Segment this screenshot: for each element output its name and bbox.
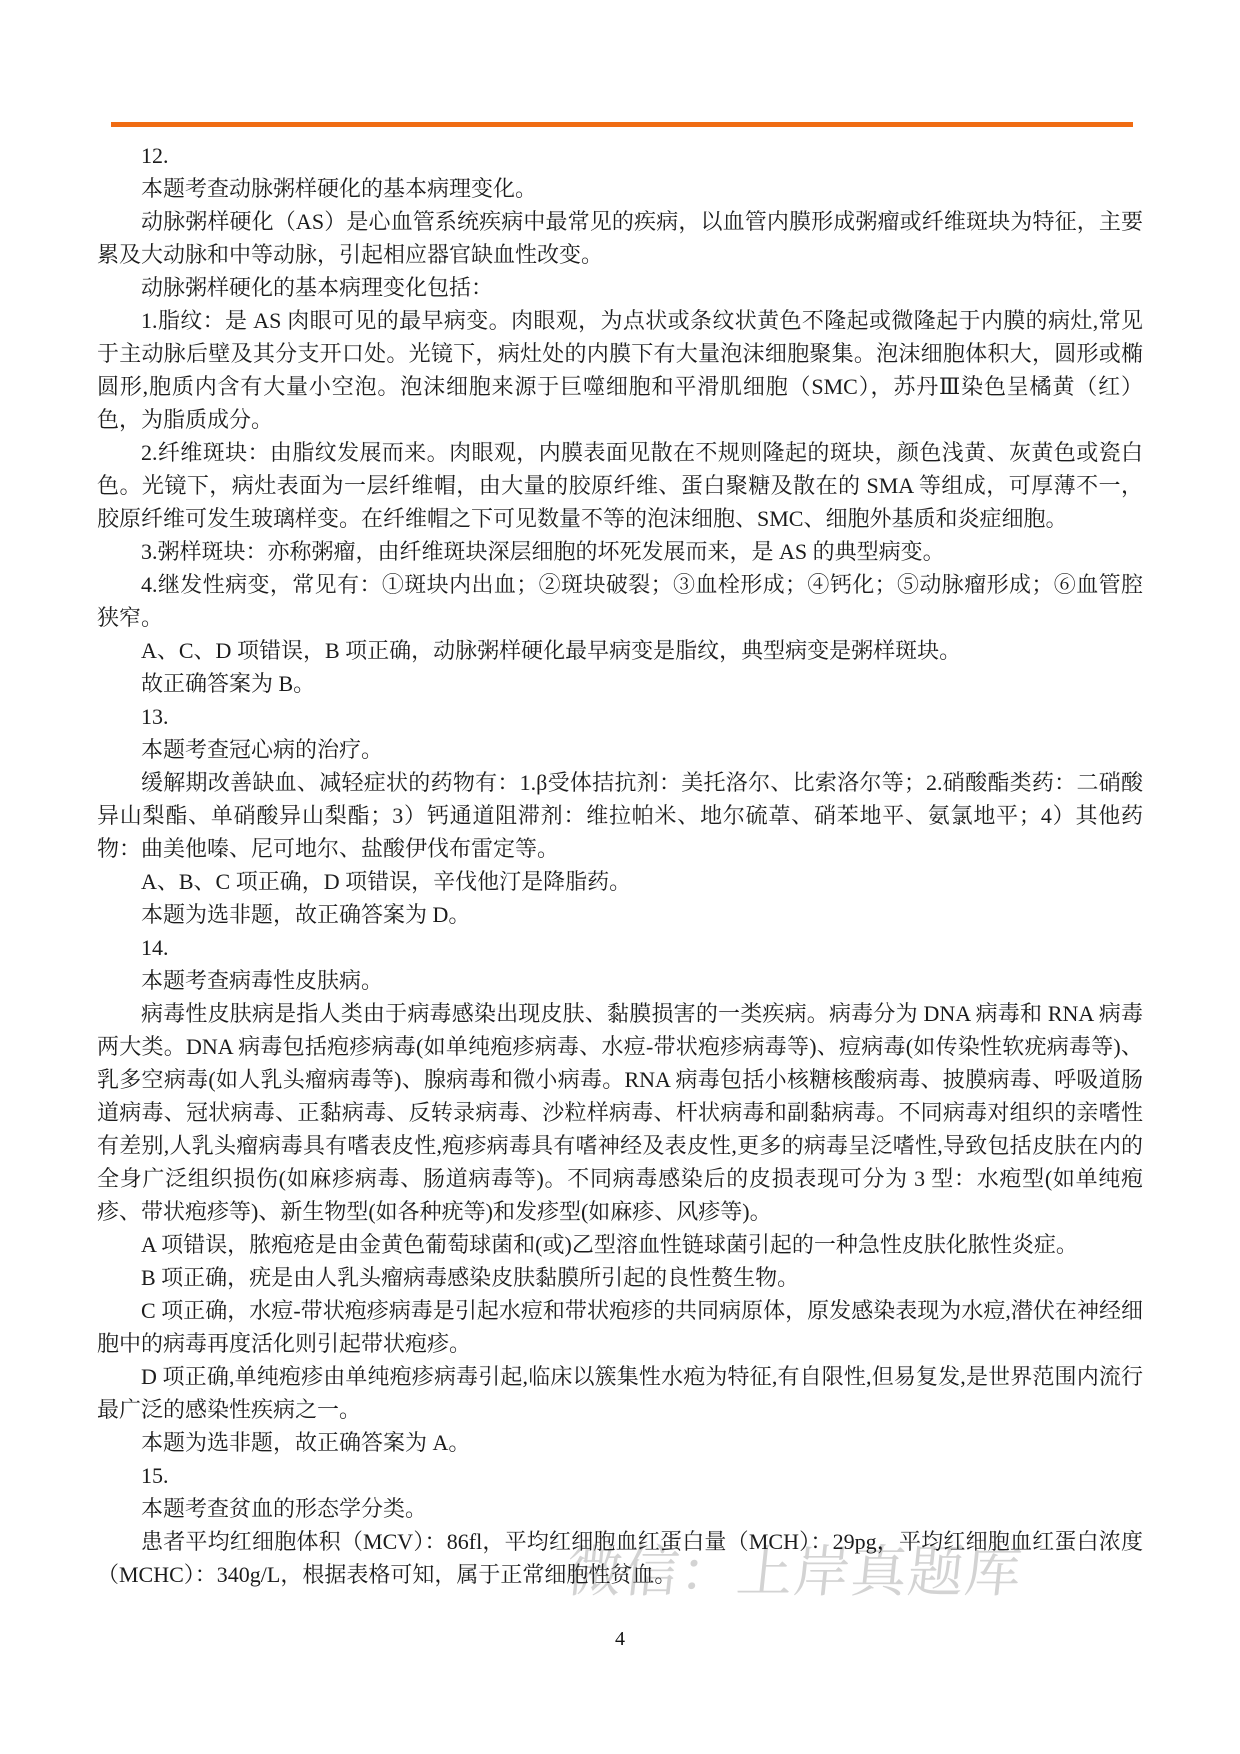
paragraph: 本题为选非题，故正确答案为 A。 <box>97 1426 1143 1459</box>
paragraph: 1.脂纹：是 AS 肉眼可见的最早病变。肉眼观，为点状或条纹状黄色不隆起或微隆起… <box>97 304 1143 436</box>
paragraph: 4.继发性病变，常见有：①斑块内出血；②斑块破裂；③血栓形成；④钙化；⑤动脉瘤形… <box>97 568 1143 634</box>
paragraph: 12. <box>97 139 1143 172</box>
paragraph: 故正确答案为 B。 <box>97 667 1143 700</box>
paragraph: B 项正确，疣是由人乳头瘤病毒感染皮肤黏膜所引起的良性赘生物。 <box>97 1261 1143 1294</box>
paragraph: A、C、D 项错误，B 项正确，动脉粥样硬化最早病变是脂纹，典型病变是粥样斑块。 <box>97 634 1143 667</box>
paragraph: 动脉粥样硬化的基本病理变化包括： <box>97 271 1143 304</box>
paragraph: 本题为选非题，故正确答案为 D。 <box>97 898 1143 931</box>
answer-explanations-body: 12.本题考查动脉粥样硬化的基本病理变化。动脉粥样硬化（AS）是心血管系统疾病中… <box>97 139 1143 1591</box>
paragraph: 患者平均红细胞体积（MCV）：86fl，平均红细胞血红蛋白量（MCH）：29pg… <box>97 1525 1143 1591</box>
document-page: 微信：上岸真题库 12.本题考查动脉粥样硬化的基本病理变化。动脉粥样硬化（AS）… <box>0 0 1240 1754</box>
paragraph: 本题考查动脉粥样硬化的基本病理变化。 <box>97 172 1143 205</box>
paragraph: A、B、C 项正确，D 项错误，辛伐他汀是降脂药。 <box>97 865 1143 898</box>
paragraph: D 项正确,单纯疱疹由单纯疱疹病毒引起,临床以簇集性水疱为特征,有自限性,但易复… <box>97 1360 1143 1426</box>
header-rule <box>111 122 1133 127</box>
paragraph: 本题考查病毒性皮肤病。 <box>97 964 1143 997</box>
paragraph: 14. <box>97 931 1143 964</box>
paragraph: 3.粥样斑块：亦称粥瘤，由纤维斑块深层细胞的坏死发展而来，是 AS 的典型病变。 <box>97 535 1143 568</box>
paragraph: 本题考查冠心病的治疗。 <box>97 733 1143 766</box>
paragraph: 动脉粥样硬化（AS）是心血管系统疾病中最常见的疾病，以血管内膜形成粥瘤或纤维斑块… <box>97 205 1143 271</box>
page-number: 4 <box>0 1628 1240 1651</box>
paragraph: C 项正确，水痘-带状疱疹病毒是引起水痘和带状疱疹的共同病原体，原发感染表现为水… <box>97 1294 1143 1360</box>
paragraph: 2.纤维斑块：由脂纹发展而来。肉眼观，内膜表面见散在不规则隆起的斑块，颜色浅黄、… <box>97 436 1143 535</box>
paragraph: 本题考查贫血的形态学分类。 <box>97 1492 1143 1525</box>
paragraph: A 项错误，脓疱疮是由金黄色葡萄球菌和(或)乙型溶血性链球菌引起的一种急性皮肤化… <box>97 1228 1143 1261</box>
paragraph: 病毒性皮肤病是指人类由于病毒感染出现皮肤、黏膜损害的一类疾病。病毒分为 DNA … <box>97 997 1143 1228</box>
paragraph: 13. <box>97 700 1143 733</box>
paragraph: 15. <box>97 1459 1143 1492</box>
paragraph: 缓解期改善缺血、减轻症状的药物有：1.β受体拮抗剂：美托洛尔、比索洛尔等；2.硝… <box>97 766 1143 865</box>
